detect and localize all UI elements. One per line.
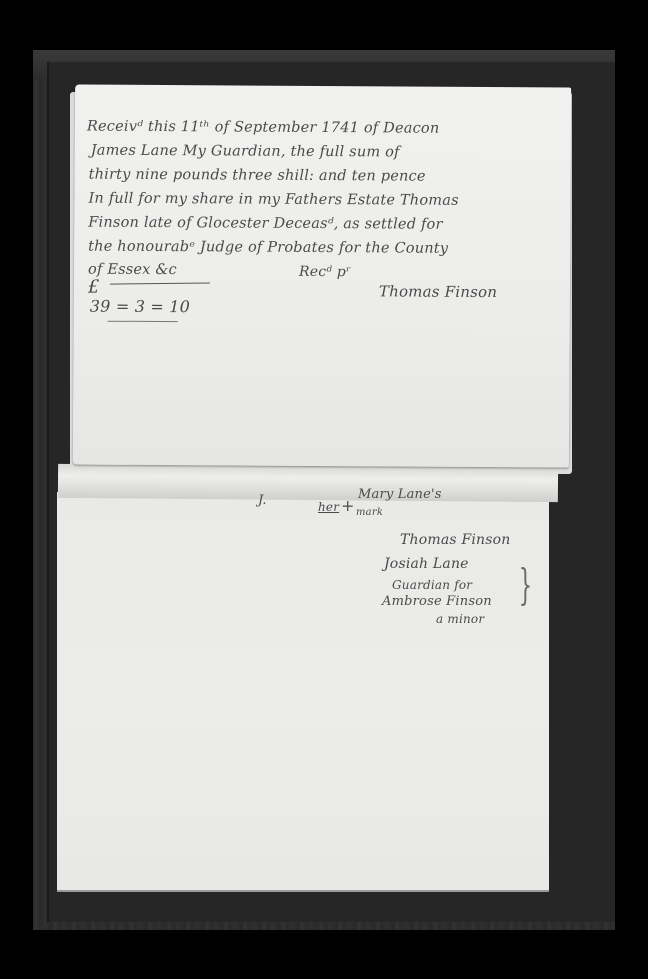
bracket-mark: }: [519, 560, 532, 609]
mark-cross: +: [341, 496, 355, 515]
ambrose-finson-name: Ambrose Finson: [382, 594, 492, 609]
a-minor-label: a minor: [436, 612, 484, 626]
paper-fold: [58, 464, 558, 502]
signature-josiah-lane: Josiah Lane: [384, 556, 469, 572]
upper-paper-sheet: Receivᵈ this 11ᵗʰ of September 1741 of D…: [73, 84, 571, 467]
mark-label: mark: [356, 507, 383, 518]
fragment-mark: J.: [258, 493, 267, 508]
her-label: her: [318, 500, 339, 514]
receipt-line-7: of Essex &c: [88, 262, 177, 279]
receipt-line-1: Receivᵈ this 11ᵗʰ of September 1741 of D…: [87, 119, 440, 137]
receipt-line-5: Finson late of Glocester Deceasᵈ, as set…: [88, 215, 442, 233]
signature-thomas-finson: Thomas Finson: [379, 282, 497, 301]
receipt-line-4: In full for my share in my Fathers Estat…: [88, 191, 458, 209]
amount-underline: [108, 321, 178, 322]
received-per-label: Recᵈ pʳ: [299, 264, 351, 280]
pound-symbol: £: [88, 277, 100, 298]
receipt-line-6: the honourabᵉ Judge of Probates for the …: [88, 239, 448, 257]
guardian-for-label: Guardian for: [392, 578, 472, 592]
amount-value: 39 = 3 = 10: [90, 297, 190, 317]
receipt-line-2: James Lane My Guardian, the full sum of: [91, 143, 400, 161]
underline-rule: [110, 282, 210, 284]
lower-paper-sheet: [57, 492, 549, 892]
mary-lane-name: Mary Lane's: [358, 487, 442, 502]
signature-thomas-finson-2: Thomas Finson: [400, 532, 510, 548]
receipt-line-3: thirty nine pounds three shill: and ten …: [89, 167, 426, 185]
